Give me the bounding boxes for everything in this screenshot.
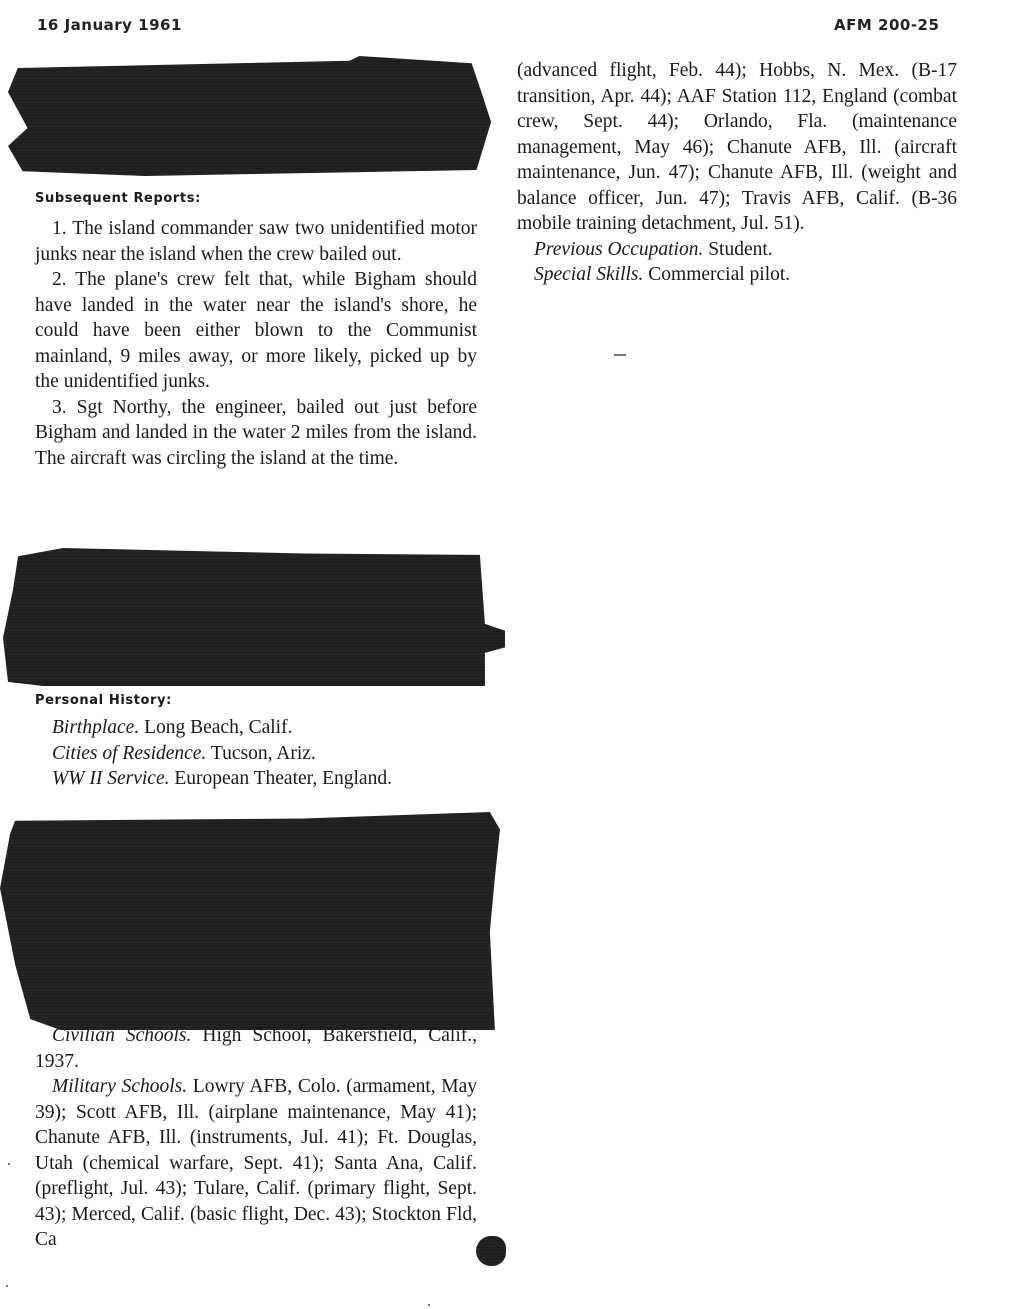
history-entry: Special Skills. Commercial pilot. [517,262,957,288]
redaction-block [3,548,505,686]
entry-value: Lowry AFB, Colo. (armament, May 39); Sco… [35,1076,477,1250]
entry-label: Military Schools. [52,1076,187,1097]
military-schools-continuation: (advanced flight, Feb. 44); Hobbs, N. Me… [517,58,957,237]
entry-value: Student. [708,239,772,260]
subsequent-reports-section: Subsequent Reports: 1. The island comman… [35,188,477,471]
entry-value: Commercial pilot. [648,264,790,285]
history-entry: Birthplace. Long Beach, Calif. [35,715,477,741]
history-entry: WW II Service. European Theater, England… [35,766,477,792]
entry-value: Tucson, Ariz. [211,743,316,764]
report-item: 2. The plane's crew felt that, while Big… [35,267,477,395]
section-heading: Subsequent Reports: [35,188,477,210]
redaction-block [8,56,496,176]
entry-label: Civilian Schools. [52,1025,191,1046]
scan-artifact [614,354,626,356]
personal-history-section: Personal History: Birthplace. Long Beach… [35,690,477,792]
entry-label: WW II Service. [52,768,169,789]
schools-entry: Military Schools. Lowry AFB, Colo. (arma… [35,1074,477,1253]
section-heading: Personal History: [35,690,477,712]
history-entry: Cities of Residence. Tucson, Ariz. [35,741,477,767]
document-id: AFM 200-25 [834,16,939,34]
report-item: 3. Sgt Northy, the engineer, bailed out … [35,395,477,472]
entry-value: European Theater, England. [174,768,392,789]
schools-entry: Civilian Schools. High School, Bakersfie… [35,1023,477,1074]
right-column: (advanced flight, Feb. 44); Hobbs, N. Me… [517,58,957,288]
entry-label: Previous Occupation. [534,239,703,260]
redaction-block [0,812,505,1030]
scan-artifact [428,1304,430,1306]
scan-artifact [8,1163,10,1165]
scan-artifact [6,1285,8,1287]
history-entry: Previous Occupation. Student. [517,237,957,263]
page-date: 16 January 1961 [37,16,182,34]
entry-label: Cities of Residence. [52,743,206,764]
report-item: 1. The island commander saw two unidenti… [35,216,477,267]
entry-label: Special Skills. [534,264,643,285]
entry-value: Long Beach, Calif. [144,717,292,738]
entry-label: Birthplace. [52,717,139,738]
redaction-block [476,1236,506,1266]
schools-section: Civilian Schools. High School, Bakersfie… [35,1023,477,1253]
